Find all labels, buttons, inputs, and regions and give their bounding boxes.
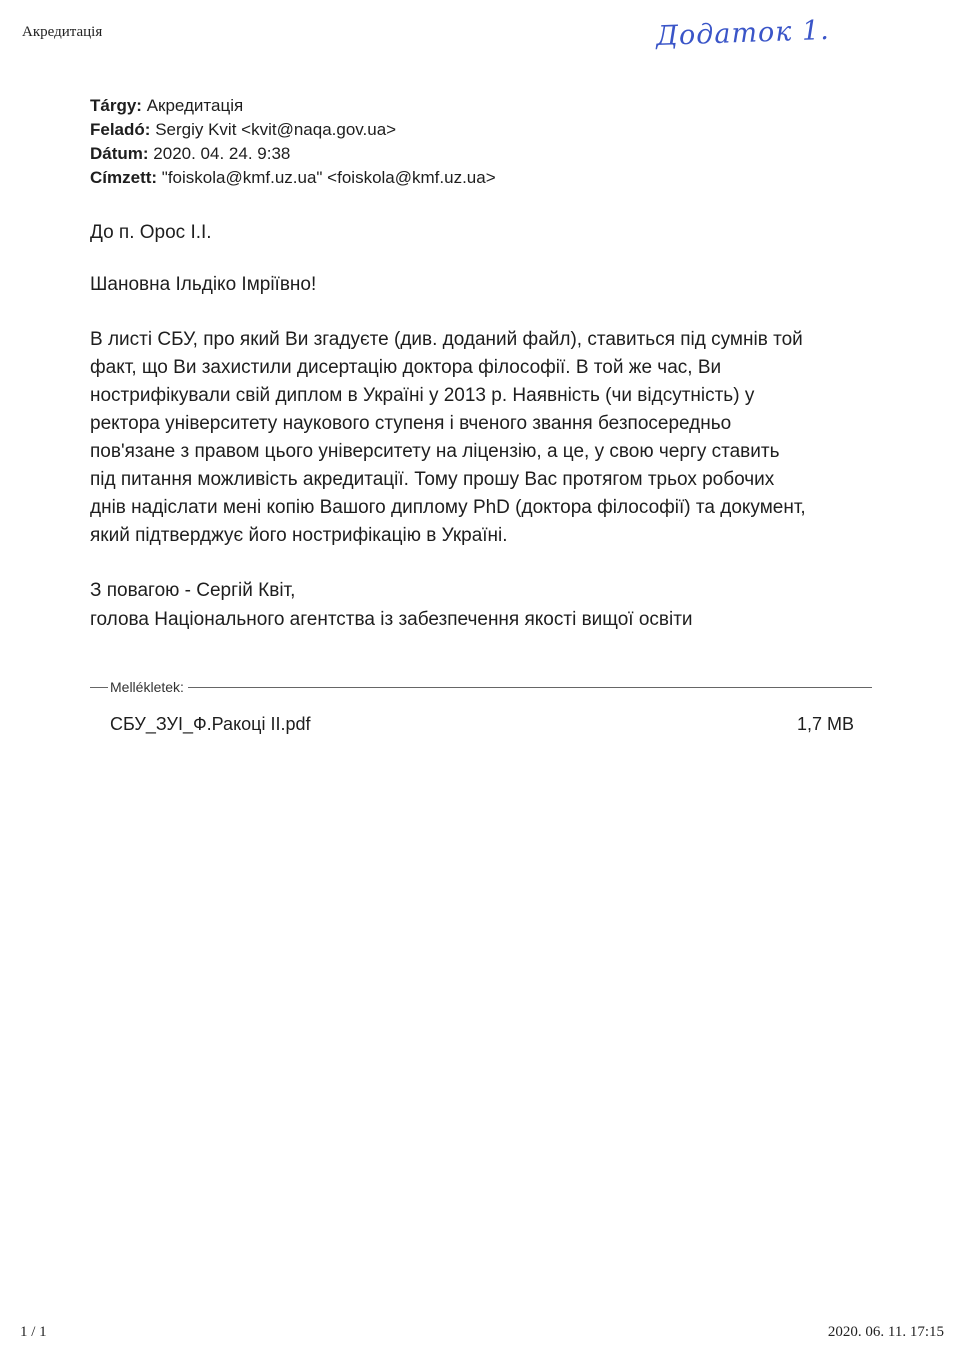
body-line: В листі СБУ, про який Ви згадуєте (див. … — [90, 326, 880, 354]
print-timestamp: 2020. 06. 11. 17:15 — [828, 1324, 944, 1341]
body-line: нострифікували свій диплом в Україні у 2… — [90, 382, 880, 410]
header-to: Címzett: "foiskola@kmf.uz.ua" <foiskola@… — [90, 166, 496, 190]
divider-rule — [188, 687, 872, 688]
body-line: днів надіслати мені копію Вашого диплому… — [90, 494, 880, 522]
signature-line: голова Національного агентства із забезп… — [90, 605, 693, 634]
signature-line: З повагою - Сергій Квіт, — [90, 576, 693, 605]
header-label: Címzett: — [90, 168, 157, 187]
body-line: який підтверджує його нострифікацію в Ук… — [90, 522, 880, 550]
header-value: Sergiy Kvit <kvit@naqa.gov.ua> — [155, 120, 396, 139]
page-number: 1 / 1 — [20, 1324, 47, 1341]
attachments-label: Mellékletek: — [110, 679, 184, 695]
body-line: ректора університету наукового ступеня і… — [90, 410, 880, 438]
header-date: Dátum: 2020. 04. 24. 9:38 — [90, 142, 496, 166]
header-label: Dátum: — [90, 144, 149, 163]
attachment-item[interactable]: СБУ_ЗУІ_Ф.Ракоці ІІ.pdf 1,7 MB — [110, 714, 854, 735]
email-headers: Tárgy: Акредитація Feladó: Sergiy Kvit <… — [90, 94, 496, 190]
attachments-divider: Mellékletek: — [90, 678, 872, 696]
header-from: Feladó: Sergiy Kvit <kvit@naqa.gov.ua> — [90, 118, 496, 142]
print-header-title: Акредитація — [22, 24, 102, 41]
header-label: Feladó: — [90, 120, 150, 139]
attachment-size: 1,7 MB — [797, 714, 854, 735]
signature: З повагою - Сергій Квіт, голова Націонал… — [90, 576, 693, 634]
header-value: 2020. 04. 24. 9:38 — [153, 144, 290, 163]
header-value: Акредитація — [147, 96, 244, 115]
body-line: факт, що Ви захистили дисертацію доктора… — [90, 354, 880, 382]
header-subject: Tárgy: Акредитація — [90, 94, 496, 118]
salutation: Шановна Ільдіко Імріївно! — [90, 274, 316, 296]
body-line: пов'язане з правом цього університету на… — [90, 438, 880, 466]
divider-dash — [90, 687, 108, 688]
handwritten-annotation: Додаток 1. — [656, 15, 831, 52]
attachment-name[interactable]: СБУ_ЗУІ_Ф.Ракоці ІІ.pdf — [110, 714, 311, 735]
header-value: "foiskola@kmf.uz.ua" <foiskola@kmf.uz.ua… — [162, 168, 496, 187]
header-label: Tárgy: — [90, 96, 142, 115]
greeting: До п. Орос І.І. — [90, 222, 212, 244]
body-line: під питання можливість акредитації. Тому… — [90, 466, 880, 494]
email-body: В листі СБУ, про який Ви згадуєте (див. … — [90, 326, 880, 550]
